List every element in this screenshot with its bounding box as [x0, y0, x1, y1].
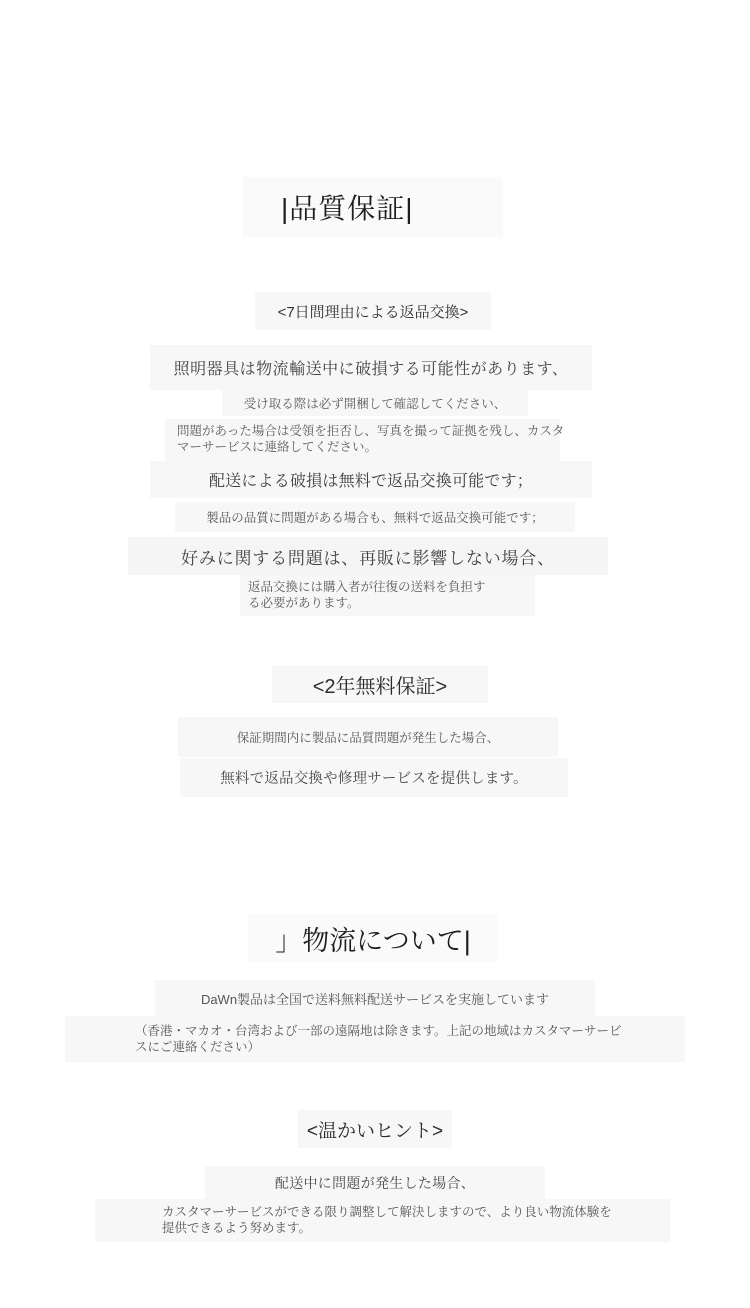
text-line: マーサービスに連絡してください。	[177, 440, 377, 454]
shipping-exclusion-text: （香港・マカオ・台湾および一部の遠隔地は除きます。上記の地域はカスタマーサービス…	[135, 1023, 622, 1056]
quality-title: |品質保証|	[243, 177, 503, 237]
delivery-issue-line: 配送中に問題が発生した場合、	[205, 1166, 545, 1200]
text-line: る必要があります。	[248, 596, 360, 610]
text-line: （香港・マカオ・台湾および一部の遠隔地は除きます。上記の地域はカスタマーサービ	[135, 1024, 622, 1038]
reject-instructions: 問題があった場合は受領を拒否し、写真を撮って証拠を残し、カスタマーサービスに連絡…	[165, 419, 560, 461]
product-info-page: |品質保証| <7日間理由による返品交換> 照明器具は物流輸送中に破損する可能性…	[0, 0, 750, 1308]
text-line: 返品交換には購入者が往復の送料を負担す	[248, 580, 486, 594]
reject-instructions-text: 問題があった場合は受領を拒否し、写真を撮って証拠を残し、カスタマーサービスに連絡…	[177, 424, 564, 456]
warranty-condition-line: 保証期間内に製品に品質問題が発生した場合、	[178, 717, 558, 757]
text-line: 問題があった場合は受領を拒否し、写真を撮って証拠を残し、カスタ	[177, 424, 564, 438]
customer-service-text: カスタマーサービスができる限り調整して解決しますので、より良い物流体験を提供でき…	[162, 1205, 612, 1237]
text-line: カスタマーサービスができる限り調整して解決しますので、より良い物流体験を	[162, 1205, 612, 1219]
free-shipping-line: DaWn製品は全国で送料無料配送サービスを実施しています	[155, 980, 595, 1016]
buyer-pays-shipping-text: 返品交換には購入者が往復の送料を負担する必要があります。	[248, 580, 486, 612]
text-line: 提供できるよう努めます。	[162, 1221, 311, 1235]
logistics-title: 」物流について|	[248, 914, 498, 962]
free-exchange-line: 配送による破損は無料で返品交換可能です；	[150, 461, 592, 498]
customer-service-note: カスタマーサービスができる限り調整して解決しますので、より良い物流体験を提供でき…	[95, 1199, 670, 1242]
warranty-service-line: 無料で返品交換や修理サービスを提供します。	[180, 758, 568, 797]
preference-issue-line: 好みに関する問題は、再販に影響しない場合、	[128, 537, 608, 575]
shipping-exclusion-note: （香港・マカオ・台湾および一部の遠隔地は除きます。上記の地域はカスタマーサービス…	[65, 1016, 685, 1062]
buyer-pays-shipping: 返品交換には購入者が往復の送料を負担する必要があります。	[240, 575, 535, 616]
unpack-check-line: 受け取る際は必ず開梱して確認してください、	[222, 389, 528, 416]
shipping-damage-line: 照明器具は物流輸送中に破損する可能性があります、	[150, 345, 592, 390]
warm-tips-heading: <温かいヒント>	[298, 1110, 452, 1148]
quality-issue-free-line: 製品の品質に問題がある場合も、無料で返品交換可能です；	[175, 502, 575, 532]
seven-day-return-heading: <7日間理由による返品交換>	[255, 292, 491, 330]
warranty-heading: <2年無料保証>	[272, 666, 488, 703]
text-line: スにご連絡ください）	[135, 1040, 260, 1054]
